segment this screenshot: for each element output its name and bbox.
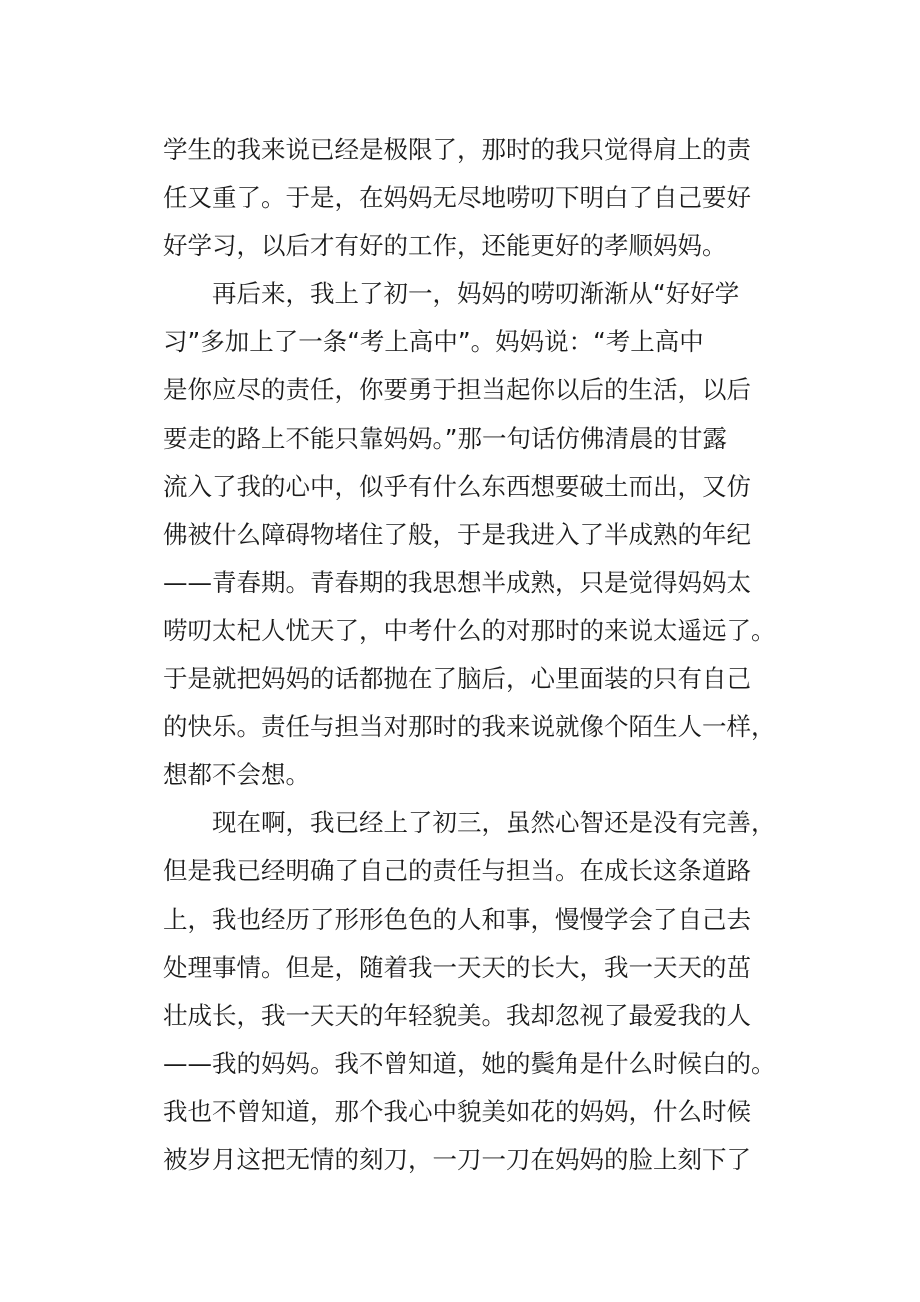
text-line: 习”多加上了一条“考上高中”。妈妈说：“考上高中 bbox=[163, 318, 763, 366]
text-line: 上，我也经历了形形色色的人和事，慢慢学会了自己去 bbox=[163, 896, 763, 944]
text-line: 被岁月这把无情的刻刀，一刀一刀在妈妈的脸上刻下了 bbox=[163, 1136, 763, 1184]
text-line: 学生的我来说已经是极限了，那时的我只觉得肩上的责 bbox=[163, 126, 763, 174]
text-line: 于是就把妈妈的话都抛在了脑后，心里面装的只有自己 bbox=[163, 655, 763, 703]
paragraph-start-line: 现在啊，我已经上了初三，虽然心智还是没有完善， bbox=[163, 799, 763, 847]
text-line: 想都不会想。 bbox=[163, 751, 763, 799]
text-line: 要走的路上不能只靠妈妈。”那一句话仿佛清晨的甘露 bbox=[163, 415, 763, 463]
text-line: 壮成长，我一天天的年轻貌美。我却忽视了最爱我的人 bbox=[163, 992, 763, 1040]
paragraph-start-line: 再后来，我上了初一，妈妈的唠叨渐渐从“好好学 bbox=[163, 270, 763, 318]
text-line: 佛被什么障碍物堵住了般，于是我进入了半成熟的年纪 bbox=[163, 511, 763, 559]
text-line: 唠叨太杞人忧天了，中考什么的对那时的来说太遥远了。 bbox=[163, 607, 763, 655]
text-line: 流入了我的心中，似乎有什么东西想要破土而出，又仿 bbox=[163, 463, 763, 511]
text-line: 好学习，以后才有好的工作，还能更好的孝顺妈妈。 bbox=[163, 222, 763, 270]
text-line: 任又重了。于是，在妈妈无尽地唠叨下明白了自己要好 bbox=[163, 174, 763, 222]
text-line: ——青春期。青春期的我思想半成熟，只是觉得妈妈太 bbox=[163, 559, 763, 607]
text-line: 我也不曾知道，那个我心中貌美如花的妈妈，什么时候 bbox=[163, 1088, 763, 1136]
text-line: 但是我已经明确了自己的责任与担当。在成长这条道路 bbox=[163, 847, 763, 895]
text-line: ——我的妈妈。我不曾知道，她的鬓角是什么时候白的。 bbox=[163, 1040, 763, 1088]
text-line: 是你应尽的责任，你要勇于担当起你以后的生活，以后 bbox=[163, 366, 763, 414]
text-line: 的快乐。责任与担当对那时的我来说就像个陌生人一样， bbox=[163, 703, 763, 751]
text-line: 处理事情。但是，随着我一天天的长大，我一天天的茁 bbox=[163, 944, 763, 992]
document-body: 学生的我来说已经是极限了，那时的我只觉得肩上的责 任又重了。于是，在妈妈无尽地唠… bbox=[163, 126, 763, 1184]
